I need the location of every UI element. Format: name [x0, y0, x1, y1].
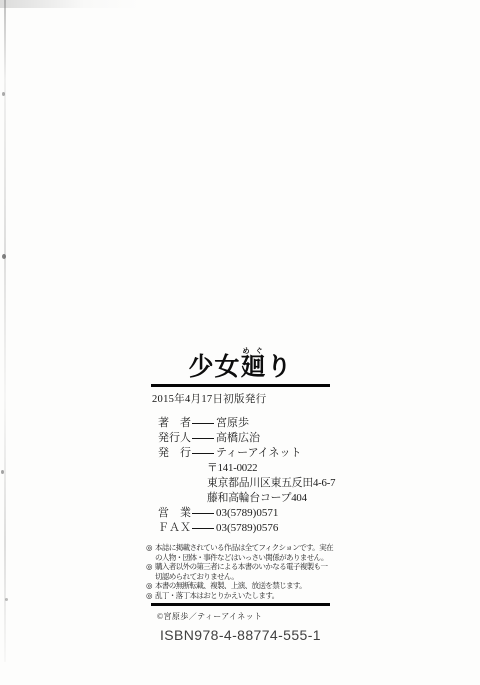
- credit-row-publisher-person: 発行人 高橋広治: [158, 431, 330, 446]
- colophon-block: 少女廻めぐり 2015年4月17日初版発行 著 者 宮原歩 発行人 高橋広治 発…: [151, 347, 330, 643]
- credit-value: ティーアイネット: [216, 446, 301, 461]
- copyright-notice: ©宮原歩／ティーアイネット: [157, 611, 330, 622]
- scan-artifact-top-edge: [0, 0, 140, 8]
- title-ruby: 廻めぐ: [240, 354, 266, 381]
- title-text-post: り: [267, 354, 293, 381]
- note-bullet-icon: ◎: [146, 591, 155, 601]
- credit-label: 著 者: [158, 416, 192, 431]
- credit-value: 宮原歩: [216, 416, 249, 431]
- publisher-address: 〒141-0022 東京都品川区東五反田4-6-7 藤和高輪台コープ404: [207, 461, 330, 506]
- title-ruby-base: 廻: [240, 354, 266, 381]
- note-text: 購入者以外の第三者による本書のいかなる電子複製も一切認められておりません。: [155, 562, 333, 581]
- title-furigana: めぐ: [240, 347, 266, 355]
- note-defective-copy: ◎ 乱丁・落丁本はおとりかえいたします。: [146, 591, 333, 601]
- note-bullet-icon: ◎: [146, 543, 155, 562]
- scan-speck: [1, 470, 4, 474]
- note-reproduction: ◎ 本書の無断転載、複製、上演、放送を禁じます。: [146, 581, 333, 591]
- credit-label: 発 行: [158, 446, 192, 461]
- leader-dash: [192, 423, 214, 424]
- isbn-number: ISBN978-4-88774-555-1: [151, 627, 330, 643]
- contact-label: ＦＡＸ: [158, 521, 192, 536]
- publication-credits: 著 者 宮原歩 発行人 高橋広治 発 行 ティーアイネット 〒141-0022 …: [151, 416, 330, 536]
- leader-dash: [192, 438, 214, 439]
- leader-dash: [192, 528, 214, 529]
- contact-phone: 03(5789)0571: [216, 506, 278, 521]
- legal-notes: ◎ 本誌に掲載されている作品は全てフィクションです。実在の人物・団体・事件などは…: [146, 543, 333, 600]
- leader-dash: [192, 513, 214, 514]
- note-text: 本誌に掲載されている作品は全てフィクションです。実在の人物・団体・事件などはいっ…: [155, 543, 333, 562]
- credit-value: 高橋広治: [216, 431, 260, 446]
- scan-speck: [2, 254, 6, 259]
- note-digital-copy: ◎ 購入者以外の第三者による本書のいかなる電子複製も一切認められておりません。: [146, 562, 333, 581]
- footer-divider-rule: [151, 603, 330, 606]
- address-line: 藤和高輪台コープ404: [207, 491, 330, 506]
- contact-fax: 03(5789)0576: [216, 521, 278, 536]
- note-bullet-icon: ◎: [146, 562, 155, 581]
- contact-row-sales: 営 業 03(5789)0571: [158, 506, 330, 521]
- scan-speck: [2, 92, 5, 96]
- note-text: 乱丁・落丁本はおとりかえいたします。: [155, 591, 333, 601]
- contact-row-fax: ＦＡＸ 03(5789)0576: [158, 521, 330, 536]
- contact-label: 営 業: [158, 506, 192, 521]
- scan-artifact-left-edge: [4, 0, 6, 662]
- credit-row-author: 著 者 宮原歩: [158, 416, 330, 431]
- postal-code: 〒141-0022: [207, 461, 330, 476]
- book-title: 少女廻めぐり: [151, 347, 330, 381]
- scan-speck: [5, 598, 8, 601]
- credit-label: 発行人: [158, 431, 192, 446]
- credit-row-publisher: 発 行 ティーアイネット: [158, 446, 330, 461]
- edition-date: 2015年4月17日初版発行: [151, 387, 330, 406]
- note-fiction-disclaimer: ◎ 本誌に掲載されている作品は全てフィクションです。実在の人物・団体・事件などは…: [146, 543, 333, 562]
- note-text: 本書の無断転載、複製、上演、放送を禁じます。: [155, 581, 333, 591]
- leader-dash: [192, 453, 214, 454]
- note-bullet-icon: ◎: [146, 581, 155, 591]
- title-text-pre: 少女: [188, 354, 240, 381]
- address-line: 東京都品川区東五反田4-6-7: [207, 476, 330, 491]
